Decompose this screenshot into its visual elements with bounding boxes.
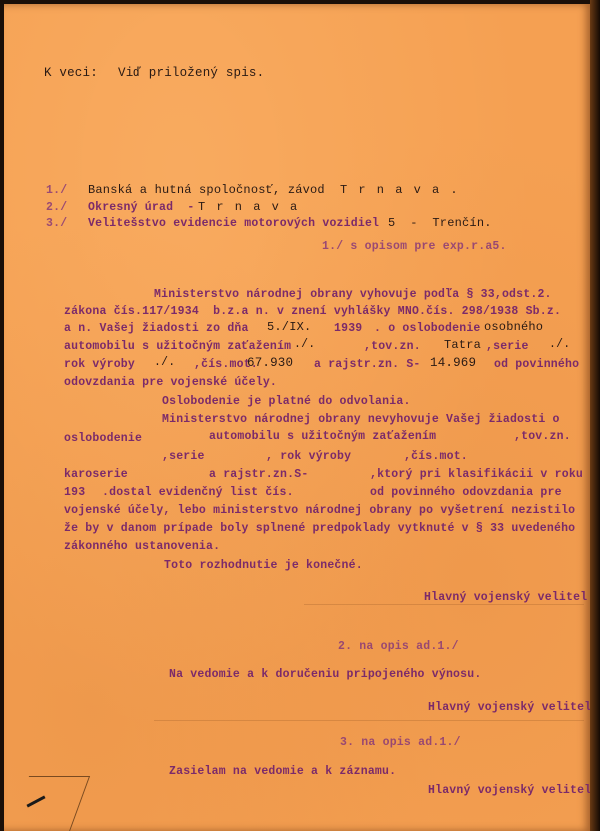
copy-note-1: 1./ s opisom pre exp.r.a5. <box>322 240 507 253</box>
body-line-18: 193 <box>64 486 85 499</box>
folded-corner <box>7 776 90 831</box>
body-line-2: zákona čís.117/1934 b.z.a n. v znení vyh… <box>64 305 561 318</box>
year-value: ./. <box>154 356 175 369</box>
registration-suffix: od povinného <box>494 358 579 371</box>
body-line-4: automobilu s užitočným zaťažením <box>64 340 291 353</box>
vehicle-type: osobného <box>484 320 543 334</box>
series-value: ./. <box>549 338 570 351</box>
body-line-14: ,čís.mot. <box>404 450 468 463</box>
body-line-13: , rok výroby <box>266 450 351 463</box>
request-date-day: 5./IX. <box>267 320 311 334</box>
scan-edge <box>590 0 600 831</box>
make-value: Tatra <box>444 338 481 352</box>
copy-2-text: Na vedomie a k doručeniu pripojeného výn… <box>169 668 481 681</box>
body-line-16: a rajstr.zn.S- <box>209 468 308 481</box>
body-line-19: .dostal evidenčný list čís. <box>102 486 294 499</box>
body-line-5: rok výroby <box>64 358 135 371</box>
recipient-2-place: T r n a v a <box>198 200 299 214</box>
payload-value: ./. <box>294 338 315 351</box>
request-date-suffix: . o oslobodenie <box>374 322 481 335</box>
series-label: ,serie <box>486 340 529 353</box>
body-line-1: Ministerstvo národnej obrany vyhovuje po… <box>154 288 552 301</box>
request-date-year: 1939 <box>334 322 362 335</box>
body-line-7: Oslobodenie je platné do odvolania. <box>162 395 411 408</box>
registration-label: a rajstr.zn. S- <box>314 358 421 371</box>
copy-2-note: 2. na opis ad.1./ <box>338 640 459 653</box>
faint-rule <box>304 604 584 605</box>
body-line-12: ,serie <box>162 450 205 463</box>
copy-3-note: 3. na opis ad.1./ <box>340 736 461 749</box>
subject-label: K veci: <box>44 66 98 80</box>
body-line-8: Ministerstvo národnej obrany nevyhovuje … <box>162 413 560 426</box>
recipient-1-place: T r n a v a . <box>340 183 460 197</box>
recipient-1-number: 1./ <box>46 184 67 197</box>
copy-2-signature: Hlavný vojenský velitel <box>428 701 591 714</box>
recipient-3-place: 5 - Trenčín. <box>388 216 492 230</box>
body-line-6: odovzdania pre vojenské účely. <box>64 376 277 389</box>
body-line-17: ,ktorý pri klasifikácii v roku <box>370 468 583 481</box>
make-label: ,tov.zn. <box>364 340 421 353</box>
faint-rule <box>154 720 584 721</box>
body-line-11: ,tov.zn. <box>514 430 571 443</box>
signature-1: Hlavný vojenský velitel: <box>424 591 594 604</box>
subject-value: Viď priložený spis. <box>118 66 264 80</box>
body-line-22: že by v danom prípade boly splnené predp… <box>64 522 575 535</box>
body-line-15: karoserie <box>64 468 128 481</box>
body-line-24: Toto rozhodnutie je konečné. <box>164 559 363 572</box>
recipient-1-name: Banská a hutná spoločnosť, závod <box>88 183 325 197</box>
recipient-2-number: 2./ <box>46 201 67 214</box>
document-page: K veci: Viď priložený spis. 1./ Banská a… <box>4 4 592 831</box>
body-line-9: oslobodenie <box>64 432 142 445</box>
body-line-20: od povinného odovzdania pre <box>370 486 562 499</box>
body-line-10: automobilu s užitočným zaťažením <box>209 430 436 443</box>
recipient-3-number: 3./ <box>46 217 67 230</box>
body-line-23: zákonného ustanovenia. <box>64 540 220 553</box>
recipient-2-name: Okresný úrad - <box>88 201 195 214</box>
copy-3-text: Zasielam na vedomie a k záznamu. <box>169 765 396 778</box>
body-line-21: vojenské účely, lebo ministerstvo národn… <box>64 504 575 517</box>
body-line-3: a n. Vašej žiadosti zo dňa <box>64 322 249 335</box>
registration-number: 14.969 <box>430 356 476 370</box>
engine-number: 67.930 <box>247 356 293 370</box>
recipient-3-name: Velitešstvo evidencie motorových vozidie… <box>88 217 379 230</box>
copy-3-signature: Hlavný vojenský velitel <box>428 784 591 797</box>
